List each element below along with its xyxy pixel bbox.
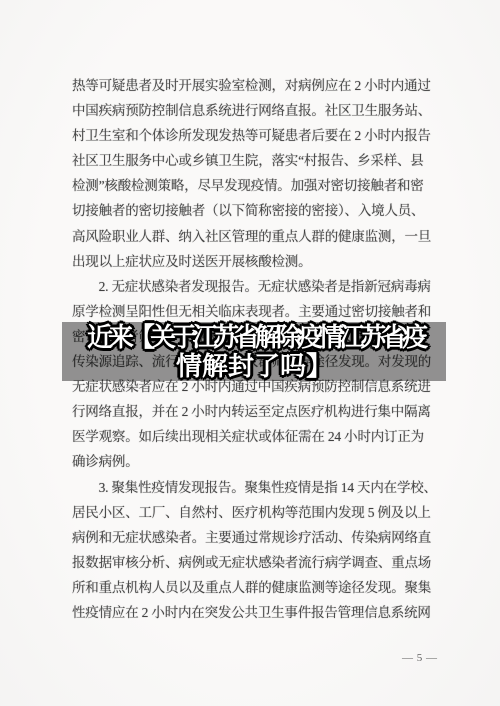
- page-number: — 5 —: [402, 652, 438, 664]
- text-line: 医学观察。如后续出现相关症状或体征需在 24 小时内订正为: [72, 424, 442, 449]
- text-line: 性疫情应在 2 小时内在突发公共卫生事件报告管理信息系统网: [72, 600, 442, 625]
- headline-overlay: 近来【关于江苏省解除疫情江苏省疫 情解封了吗】: [62, 322, 446, 381]
- text-line: 居民小区、工厂、自然村、医疗机构等范围内发现 5 例及以上: [72, 500, 442, 525]
- text-line: 热等可疑患者及时开展实验室检测，对病例应在 2 小时内通过: [72, 73, 442, 98]
- text-line: 报数据审核分析、病例或无症状感染者流行病学调查、重点场: [72, 550, 442, 575]
- headline-line-1: 近来【关于江苏省解除疫情江苏省疫: [85, 323, 423, 352]
- text-line: 社区卫生服务中心或乡镇卫生院，落实“村报告、乡采样、县: [72, 148, 442, 173]
- text-line: 中国疾病预防控制信息系统进行网络直报。社区卫生服务站、: [72, 98, 442, 123]
- text-line: 高风险职业人群、纳入社区管理的重点人群的健康监测，一旦: [72, 224, 442, 249]
- text-line: 切接触者的密切接触者（以下简称密接的密接）、入境人员、: [72, 198, 442, 223]
- text-line: 村卫生室和个体诊所发现发热等可疑患者后要在 2 小时内报告: [72, 123, 442, 148]
- text-line: 行网络直报，并在 2 小时内转运至定点医疗机构进行集中隔离: [72, 399, 442, 424]
- text-line: 确诊病例。: [72, 449, 442, 474]
- text-line: 3. 聚集性疫情发现报告。聚集性疫情是指 14 天内在学校、: [72, 475, 442, 500]
- document-page: 热等可疑患者及时开展实验室检测，对病例应在 2 小时内通过中国疾病预防控制信息系…: [0, 0, 500, 706]
- text-line: 原学检测呈阳性但无相关临床表现者。主要通过密切接触者和: [72, 299, 442, 324]
- text-line: 所和重点机构人员以及重点人群的健康监测等途径发现。聚集: [72, 575, 442, 600]
- text-line: 2. 无症状感染者发现报告。无症状感染者是指新冠病毒病: [72, 274, 442, 299]
- headline-line-2: 情解封了吗】: [176, 352, 332, 381]
- text-line: 出现以上症状应及时送医开展核酸检测。: [72, 249, 442, 274]
- text-line: 病例和无症状感染者。主要通过常规诊疗活动、传染病网络直: [72, 525, 442, 550]
- text-line: 检测”核酸检测策略，尽早发现疫情。加强对密切接触者和密: [72, 173, 442, 198]
